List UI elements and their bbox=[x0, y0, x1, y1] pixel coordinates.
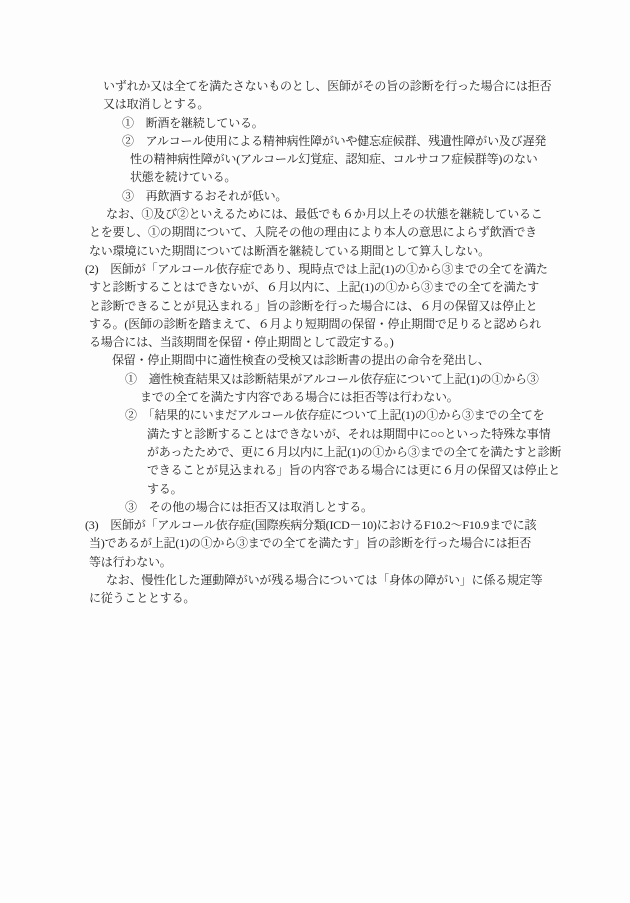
text-line: ① 断酒を継続している。 bbox=[0, 114, 630, 132]
text-line: 状態を続けている。 bbox=[0, 168, 630, 186]
text-line: できることが見込まれる」旨の内容である場合には更に６月の保留又は停止と bbox=[0, 461, 630, 479]
document-body: いずれか又は全てを満たさないものとし、医師がその旨の診断を行った場合には拒否又は… bbox=[0, 77, 630, 608]
text-line: までの全てを満たす内容である場合には拒否等は行わない。 bbox=[0, 388, 630, 406]
text-line: に従うこととする。 bbox=[0, 589, 630, 607]
text-line: 等は行わない。 bbox=[0, 553, 630, 571]
text-line: 当)であるが上記(1)の①から③までの全てを満たす」旨の診断を行った場合には拒否 bbox=[0, 534, 630, 552]
text-line: なお、①及び②といえるためには、最低でも６か月以上その状態を継続しているこ bbox=[0, 205, 630, 223]
text-line: 性の精神病性障がい(アルコール幻覚症、認知症、コルサコフ症候群等)のない bbox=[0, 150, 630, 168]
text-line: 保留・停止期間中に適性検査の受検又は診断書の提出の命令を発出し、 bbox=[0, 351, 630, 369]
text-line: ② 「結果的にいまだアルコール依存症について上記(1)の①から③までの全てを bbox=[0, 406, 630, 424]
text-line: する。 bbox=[0, 480, 630, 498]
text-line: があったためで、更に６月以内に上記(1)の①から③までの全てを満たすと診断 bbox=[0, 443, 630, 461]
text-line: ③ その他の場合には拒否又は取消しとする。 bbox=[0, 498, 630, 516]
text-line: 又は取消しとする。 bbox=[0, 95, 630, 113]
text-line: 満たすと診断することはできないが、それは期間中に○○といった特殊な事情 bbox=[0, 425, 630, 443]
text-line: ① 適性検査結果又は診断結果がアルコール依存症について上記(1)の①から③ bbox=[0, 370, 630, 388]
text-line: と診断できることが見込まれる」旨の診断を行った場合には、６月の保留又は停止と bbox=[0, 297, 630, 315]
text-line: とを要し、①の期間について、入院その他の理由により本人の意思によらず飲酒でき bbox=[0, 223, 630, 241]
text-line: いずれか又は全てを満たさないものとし、医師がその旨の診断を行った場合には拒否 bbox=[0, 77, 630, 95]
text-line: する。(医師の診断を踏まえて、６月より短期間の保留・停止期間で足りると認められ bbox=[0, 315, 630, 333]
text-line: すと診断することはできないが、６月以内に、上記(1)の①から③までの全てを満たす bbox=[0, 278, 630, 296]
text-line: (3) 医師が「アルコール依存症(国際疾病分類(ICD－10)におけるF10.2… bbox=[0, 516, 630, 534]
text-line: なお、慢性化した運動障がいが残る場合については「身体の障がい」に係る規定等 bbox=[0, 571, 630, 589]
text-line: る場合には、当該期間を保留・停止期間として設定する。) bbox=[0, 333, 630, 351]
document-page: いずれか又は全てを満たさないものとし、医師がその旨の診断を行った場合には拒否又は… bbox=[0, 0, 630, 903]
text-line: ない環境にいた期間については断酒を継続している期間として算入しない。 bbox=[0, 242, 630, 260]
text-line: ③ 再飲酒するおそれが低い。 bbox=[0, 187, 630, 205]
text-line: ② アルコール使用による精神病性障がいや健忘症候群、残遺性障がい及び遅発 bbox=[0, 132, 630, 150]
text-line: (2) 医師が「アルコール依存症であり、現時点では上記(1)の①から③までの全て… bbox=[0, 260, 630, 278]
